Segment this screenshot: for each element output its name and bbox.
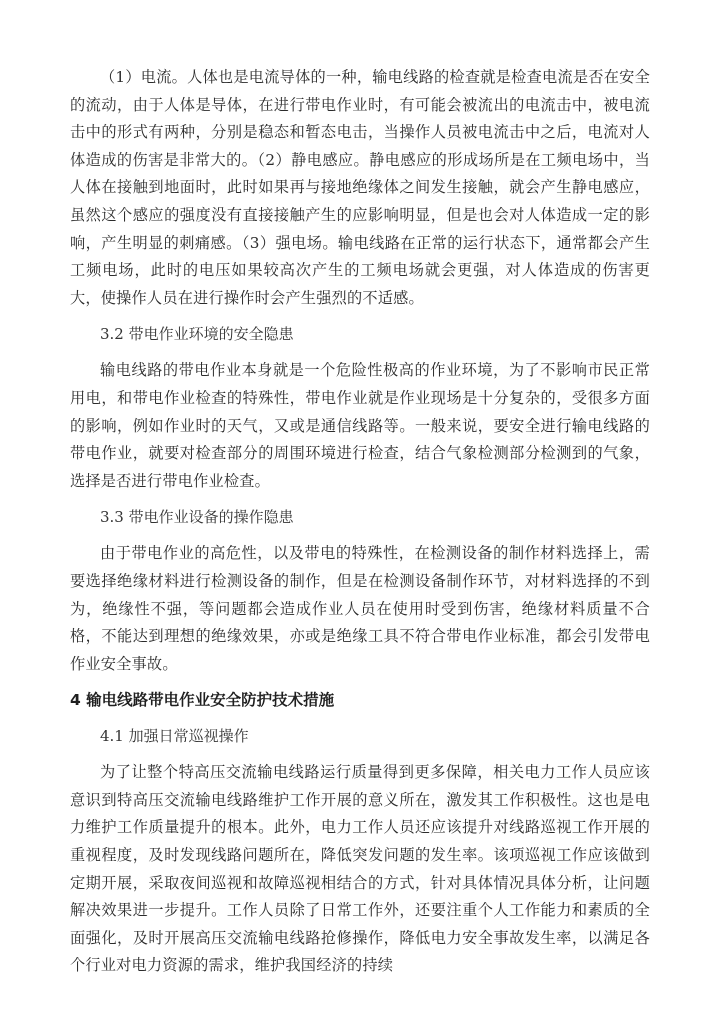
- document-page: （1）电流。人体也是电流导体的一种，输电线路的检查就是检查电流是否在安全的流动，…: [70, 64, 650, 989]
- section-heading-4-1: 4.1 加强日常巡视操作: [70, 723, 650, 750]
- section-heading-4: 4 输电线路带电作业安全防护技术措施: [70, 687, 650, 714]
- paragraph-hazards-list: （1）电流。人体也是电流导体的一种，输电线路的检查就是检查电流是否在安全的流动，…: [70, 64, 650, 312]
- paragraph-equipment-hazards: 由于带电作业的高危性，以及带电的特殊性，在检测设备的制作材料选择上，需要选择绝缘…: [70, 540, 650, 678]
- paragraph-daily-inspection: 为了让整个特高压交流输电线路运行质量得到更多保障，相关电力工作人员应该意识到特高…: [70, 759, 650, 980]
- paragraph-environment-hazards: 输电线路的带电作业本身就是一个危险性极高的作业环境，为了不影响市民正常用电，和带…: [70, 357, 650, 495]
- section-heading-3-3: 3.3 带电作业设备的操作隐患: [70, 504, 650, 531]
- section-heading-3-2: 3.2 带电作业环境的安全隐患: [70, 321, 650, 348]
